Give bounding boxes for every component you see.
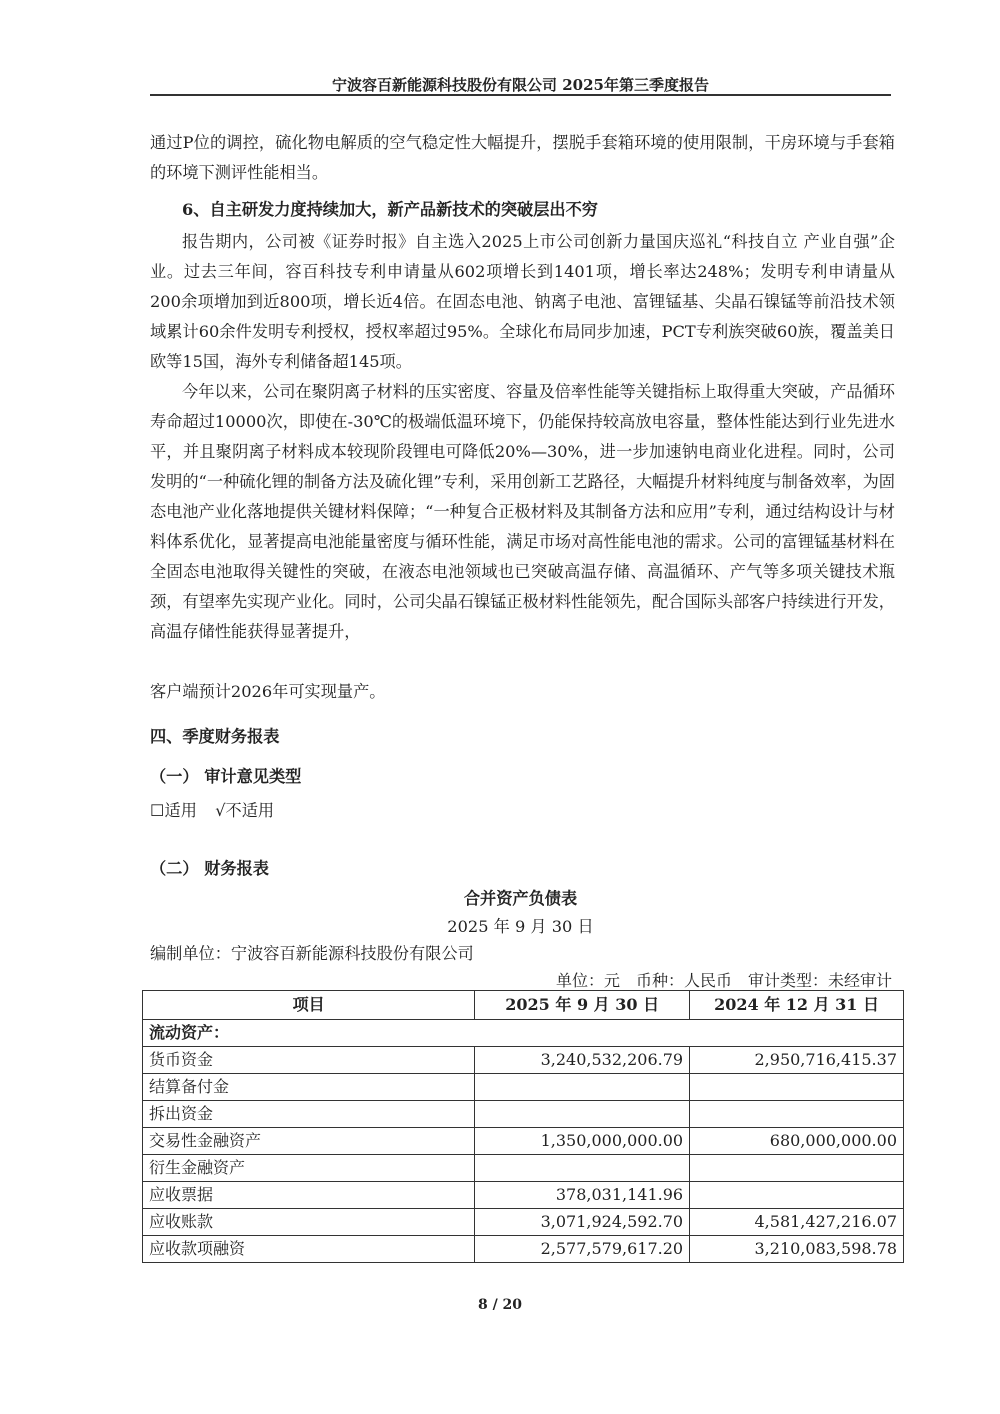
paragraph-continuation: 通过P位的调控，硫化物电解质的空气稳定性大幅提升，摆脱手套箱环境的使用限制，干房… xyxy=(150,128,895,188)
row-prior xyxy=(690,1182,904,1209)
table-row: 拆出资金 xyxy=(143,1101,904,1128)
row-prior: 4,581,427,216.07 xyxy=(690,1209,904,1236)
row-current: 2,577,579,617.20 xyxy=(475,1236,690,1263)
paragraph-patents: 报告期内，公司被《证券时报》自主选入2025上市公司创新力量国庆巡礼“科技自立 … xyxy=(150,227,895,377)
option-applicable: ☐适用 xyxy=(150,801,197,820)
row-prior: 2,950,716,415.37 xyxy=(690,1047,904,1074)
row-current xyxy=(475,1074,690,1101)
subsection-title-audit-opinion: （一） 审计意见类型 xyxy=(150,763,301,787)
table-section-row: 流动资产： xyxy=(143,1020,904,1047)
row-current: 1,350,000,000.00 xyxy=(475,1128,690,1155)
option-not-applicable: √不适用 xyxy=(215,801,274,820)
table-row: 应收票据 378,031,141.96 xyxy=(143,1182,904,1209)
balance-sheet-table: 项目 2025 年 9 月 30 日 2024 年 12 月 31 日 流动资产… xyxy=(142,990,904,1263)
row-current: 378,031,141.96 xyxy=(475,1182,690,1209)
subsection-heading-6: 6、自主研发力度持续加大，新产品新技术的突破层出不穷 xyxy=(182,196,598,220)
table-row: 衍生金融资产 xyxy=(143,1155,904,1182)
row-prior: 680,000,000.00 xyxy=(690,1128,904,1155)
row-item: 应收票据 xyxy=(143,1182,475,1209)
row-item: 货币资金 xyxy=(143,1047,475,1074)
row-item: 应收款项融资 xyxy=(143,1236,475,1263)
column-header-current: 2025 年 9 月 30 日 xyxy=(475,991,690,1020)
balance-sheet-title: 合并资产负债表 xyxy=(150,885,891,909)
paragraph-materials: 今年以来，公司在聚阴离子材料的压实密度、容量及倍率性能等关键指标上取得重大突破，… xyxy=(150,377,895,647)
table-row: 交易性金融资产 1,350,000,000.00 680,000,000.00 xyxy=(143,1128,904,1155)
row-prior: 3,210,083,598.78 xyxy=(690,1236,904,1263)
header-divider xyxy=(150,94,891,96)
table-row: 货币资金 3,240,532,206.79 2,950,716,415.37 xyxy=(143,1047,904,1074)
balance-sheet-date: 2025 年 9 月 30 日 xyxy=(150,913,891,937)
section-label-current-assets: 流动资产： xyxy=(143,1020,904,1047)
row-current: 3,240,532,206.79 xyxy=(475,1047,690,1074)
page-number: 8 / 20 xyxy=(0,1297,1000,1313)
row-prior xyxy=(690,1155,904,1182)
row-item: 拆出资金 xyxy=(143,1101,475,1128)
section-title-financial-statements: 四、季度财务报表 xyxy=(150,723,280,747)
table-row: 应收账款 3,071,924,592.70 4,581,427,216.07 xyxy=(143,1209,904,1236)
row-item: 应收账款 xyxy=(143,1209,475,1236)
row-item: 衍生金融资产 xyxy=(143,1155,475,1182)
row-prior xyxy=(690,1101,904,1128)
row-current xyxy=(475,1101,690,1128)
unit-currency-line: 单位：元 币种：人民币 审计类型：未经审计 xyxy=(556,968,892,991)
audit-options: ☐适用 √不适用 xyxy=(150,797,274,821)
subsection-title-statements: （二） 财务报表 xyxy=(150,855,269,879)
row-current: 3,071,924,592.70 xyxy=(475,1209,690,1236)
row-item: 结算备付金 xyxy=(143,1074,475,1101)
column-header-item: 项目 xyxy=(143,991,475,1020)
row-item: 交易性金融资产 xyxy=(143,1128,475,1155)
paragraph-mass-production: 客户端预计2026年可实现量产。 xyxy=(150,677,895,707)
row-prior xyxy=(690,1074,904,1101)
column-header-prior: 2024 年 12 月 31 日 xyxy=(690,991,904,1020)
row-current xyxy=(475,1155,690,1182)
preparer-line: 编制单位：宁波容百新能源科技股份有限公司 xyxy=(150,940,474,964)
table-row: 结算备付金 xyxy=(143,1074,904,1101)
table-row: 应收款项融资 2,577,579,617.20 3,210,083,598.78 xyxy=(143,1236,904,1263)
table-header-row: 项目 2025 年 9 月 30 日 2024 年 12 月 31 日 xyxy=(143,991,904,1020)
page-header: 宁波容百新能源科技股份有限公司 2025年第三季度报告 xyxy=(150,74,891,95)
